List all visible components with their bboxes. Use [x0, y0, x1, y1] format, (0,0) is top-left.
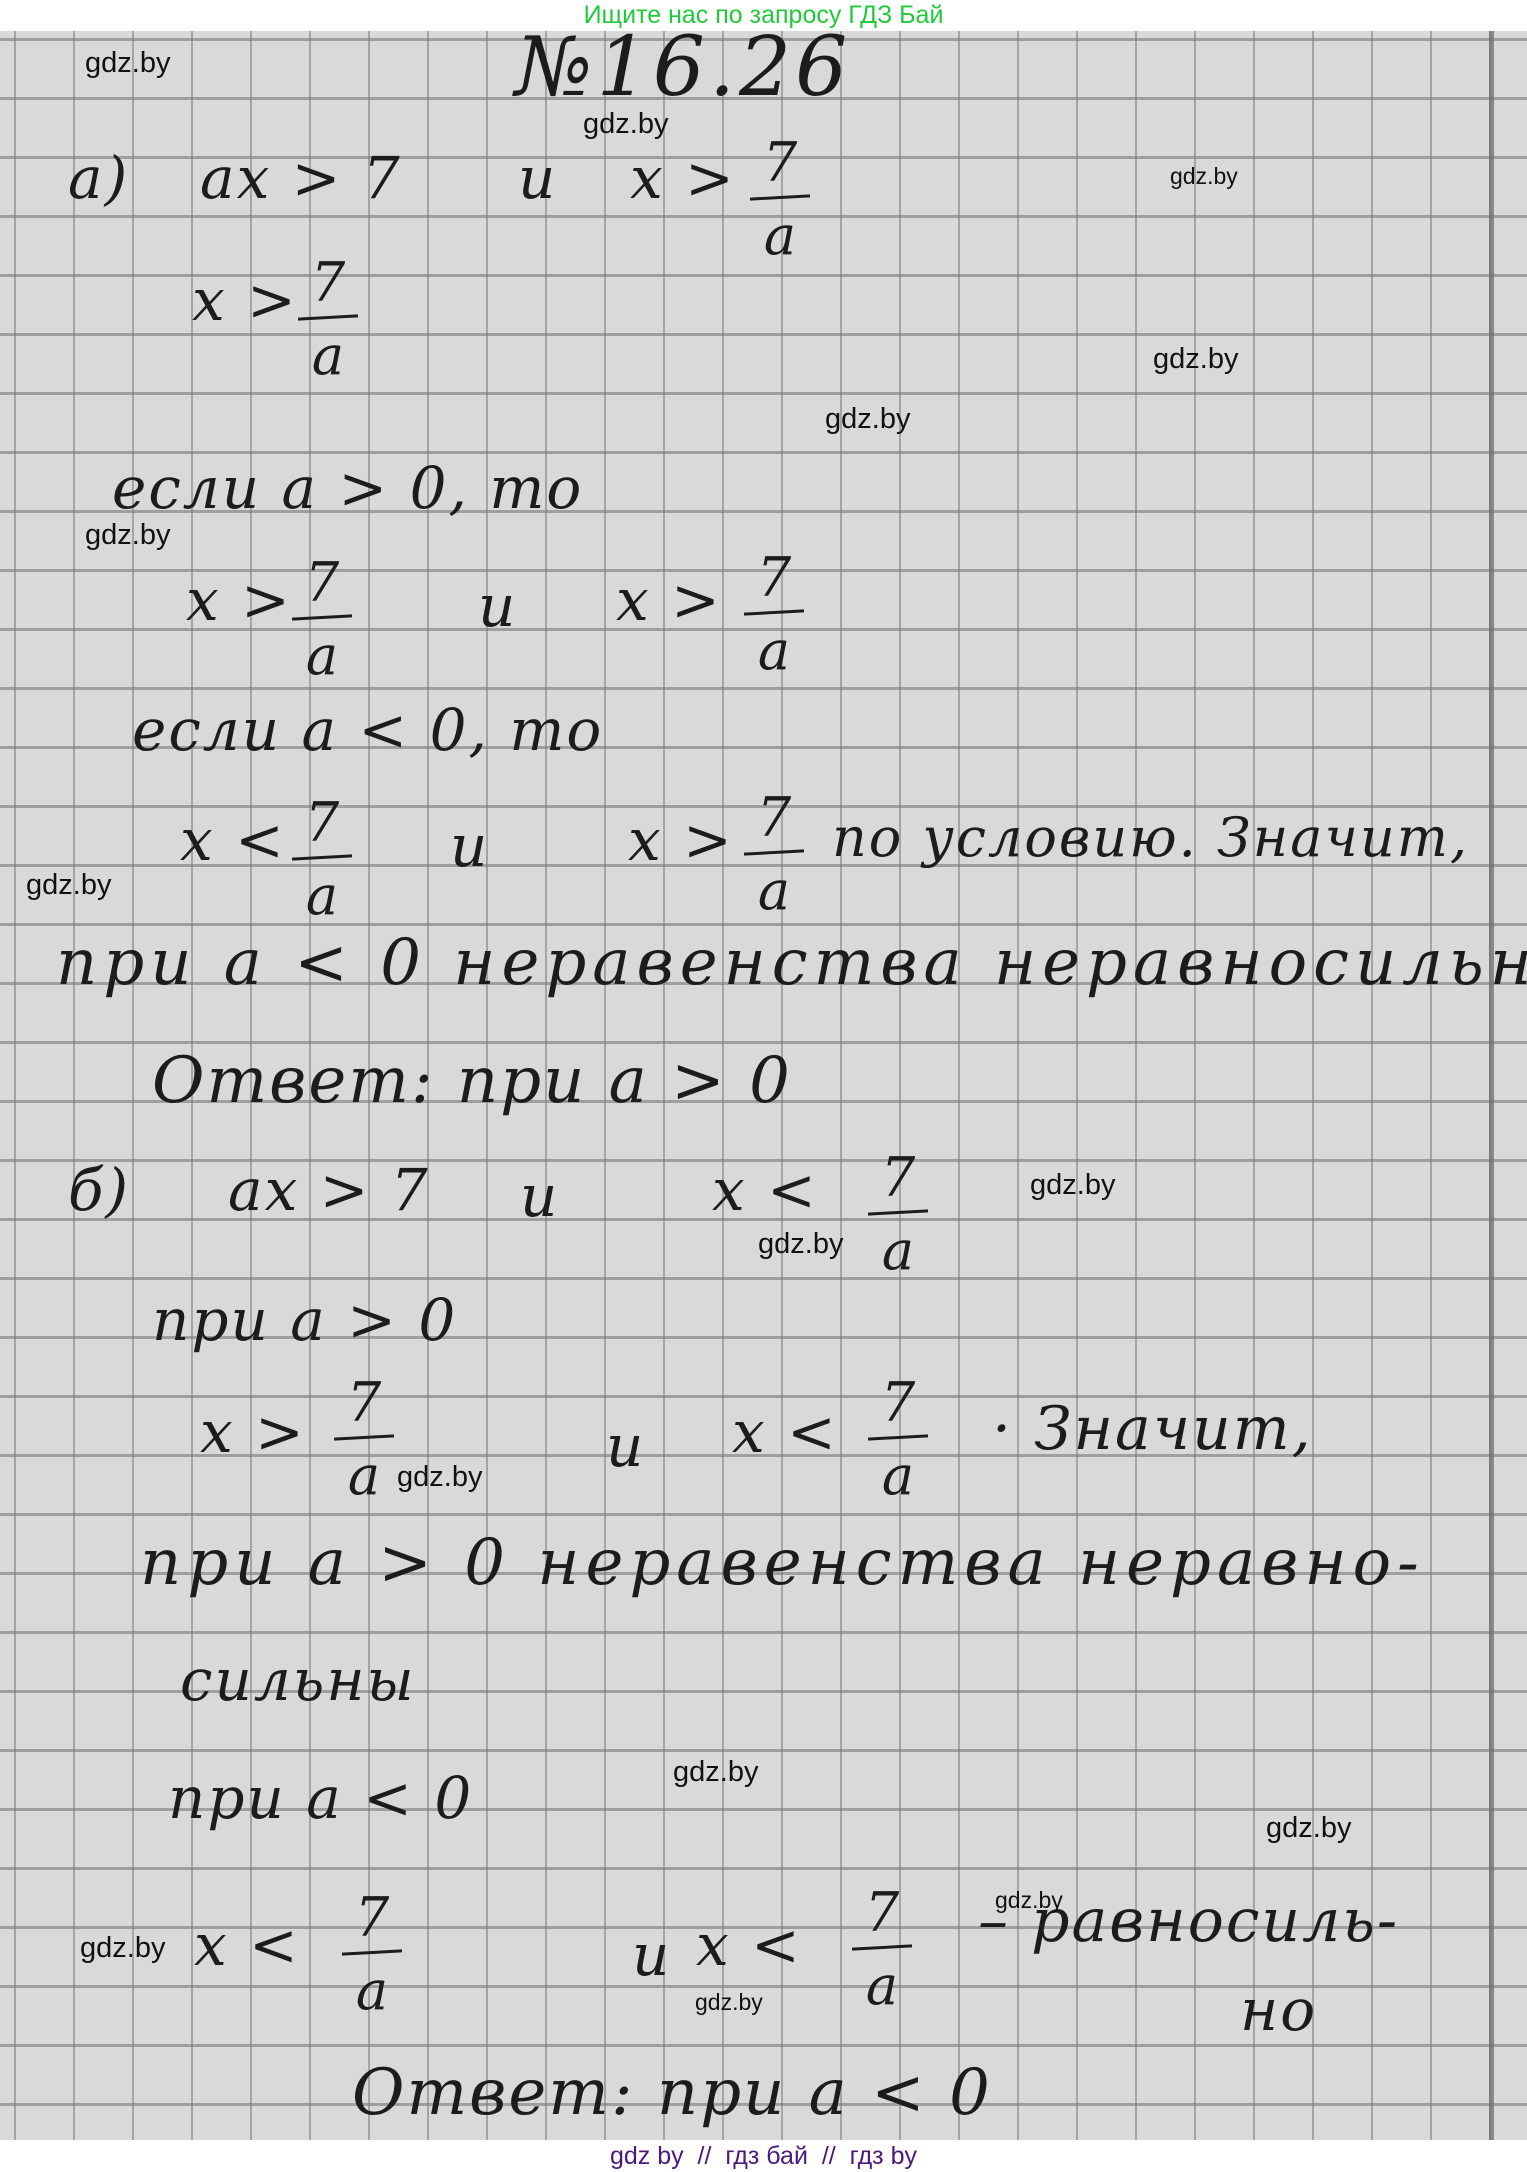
numerator: 7 [296, 256, 360, 310]
fraction-bar [342, 1949, 402, 1955]
fraction-bar [750, 194, 810, 200]
part-b-case-neg-lhs2: x < [696, 1916, 802, 1974]
part-b-case-pos-lhs1: x > [200, 1403, 306, 1461]
fraction-bar [744, 849, 804, 855]
denominator: a [850, 1959, 914, 2013]
numerator: 7 [340, 1891, 404, 1945]
fraction: 7 a [290, 796, 354, 923]
part-a-conclusion: при a < 0 неравенства неравносильны [56, 931, 1527, 995]
conjunction: и [520, 1167, 559, 1225]
part-b-case-positive: при a > 0 [152, 1291, 457, 1349]
part-a-case-pos-lhs2: x > [616, 571, 722, 629]
conjunction: и [450, 817, 489, 875]
fraction: 7 a [742, 551, 806, 678]
numerator: 7 [742, 551, 806, 605]
denominator: a [866, 1224, 930, 1278]
denominator: a [742, 864, 806, 918]
fraction: 7 a [748, 136, 812, 263]
part-a-label: а) [68, 149, 129, 207]
fraction-bar [292, 614, 352, 620]
numerator: 7 [748, 136, 812, 190]
watermark: gdz.by [758, 1230, 843, 1259]
denominator: a [748, 209, 812, 263]
numerator: 7 [290, 556, 354, 610]
fraction: 7 a [340, 1891, 404, 2018]
part-a-case-neg-tail: по условию. Значит, [832, 811, 1469, 865]
watermark: gdz.by [26, 871, 111, 900]
conjunction: и [606, 1417, 645, 1475]
part-a-case-pos-lhs1: x > [186, 571, 292, 629]
part-b-case-pos-lhs2: x < [732, 1403, 838, 1461]
fraction: 7 a [296, 256, 360, 383]
watermark: gdz.by [1170, 165, 1238, 188]
numerator: 7 [290, 796, 354, 850]
part-b-label: б) [68, 1161, 130, 1219]
fraction-bar [744, 609, 804, 615]
fraction-bar [298, 314, 358, 320]
denominator: a [866, 1449, 930, 1503]
fraction: 7 a [866, 1151, 930, 1278]
problem-number: №16.26 [515, 31, 851, 109]
part-a-case-neg-lhs1: x < [180, 811, 286, 869]
fraction-bar [852, 1944, 912, 1950]
watermark: gdz.by [85, 521, 170, 550]
fraction-bar [868, 1434, 928, 1440]
part-a-line2-lhs: x > [192, 271, 298, 329]
fraction-bar [334, 1434, 394, 1440]
fraction: 7 a [850, 1886, 914, 2013]
part-b-conclusion-line2: сильны [180, 1651, 416, 1709]
fraction: 7 a [290, 556, 354, 683]
conjunction: и [632, 1926, 671, 1984]
fraction: 7 a [866, 1376, 930, 1503]
watermark: gdz.by [1266, 1814, 1351, 1843]
part-a-case-neg-lhs2: x > [628, 811, 734, 869]
part-a-case-positive: если a > 0, то [112, 459, 583, 517]
numerator: 7 [332, 1376, 396, 1430]
part-a-inequality-2-lhs: x > [630, 149, 736, 207]
watermark: gdz.by [85, 49, 170, 78]
watermark: gdz.by [673, 1758, 758, 1787]
numerator: 7 [866, 1151, 930, 1205]
part-b-case-pos-tail: · Значит, [992, 1399, 1313, 1459]
fraction: 7 a [332, 1376, 396, 1503]
denominator: a [296, 329, 360, 383]
notebook-sheet: №16.26 а) ax > 7 и x > 7 a x > 7 a если … [0, 31, 1527, 2140]
part-a-answer: Ответ: при a > 0 [152, 1049, 792, 1113]
part-b-inequality-1: ax > 7 [228, 1161, 430, 1219]
part-b-case-neg-lhs1: x < [194, 1916, 300, 1974]
denominator: a [290, 629, 354, 683]
watermark: gdz.by [80, 1934, 165, 1963]
numerator: 7 [850, 1886, 914, 1940]
denominator: a [290, 869, 354, 923]
top-banner: Ищите нас по запросу ГДЗ Бай [0, 0, 1527, 31]
margin-line [1489, 31, 1494, 2140]
watermark: gdz.by [1030, 1171, 1115, 1200]
fraction: 7 a [742, 791, 806, 918]
watermark: gdz.by [995, 1889, 1063, 1912]
denominator: a [332, 1449, 396, 1503]
fraction-bar [868, 1209, 928, 1215]
denominator: a [340, 1964, 404, 2018]
watermark: gdz.by [1153, 345, 1238, 374]
bottom-banner: gdz by // гдз бай // гдз by [0, 2140, 1527, 2172]
denominator: a [742, 624, 806, 678]
numerator: 7 [866, 1376, 930, 1430]
watermark: gdz.by [583, 110, 668, 139]
numerator: 7 [742, 791, 806, 845]
part-b-inequality-2-lhs: x < [712, 1161, 818, 1219]
watermark: gdz.by [825, 405, 910, 434]
conjunction: и [478, 577, 517, 635]
fraction-bar [292, 854, 352, 860]
watermark: gdz.by [695, 1991, 763, 2014]
part-b-conclusion-line1: при a > 0 неравенства неравно- [140, 1531, 1425, 1595]
part-b-answer: Ответ: при a < 0 [352, 2061, 992, 2125]
part-b-case-neg-tail2: но [1240, 1981, 1317, 2039]
part-b-case-negative: при a < 0 [168, 1769, 473, 1827]
part-a-inequality-1: ax > 7 [200, 149, 402, 207]
part-a-case-negative: если a < 0, то [132, 701, 603, 759]
watermark: gdz.by [397, 1463, 482, 1492]
part-a-conjunction: и [518, 149, 557, 207]
